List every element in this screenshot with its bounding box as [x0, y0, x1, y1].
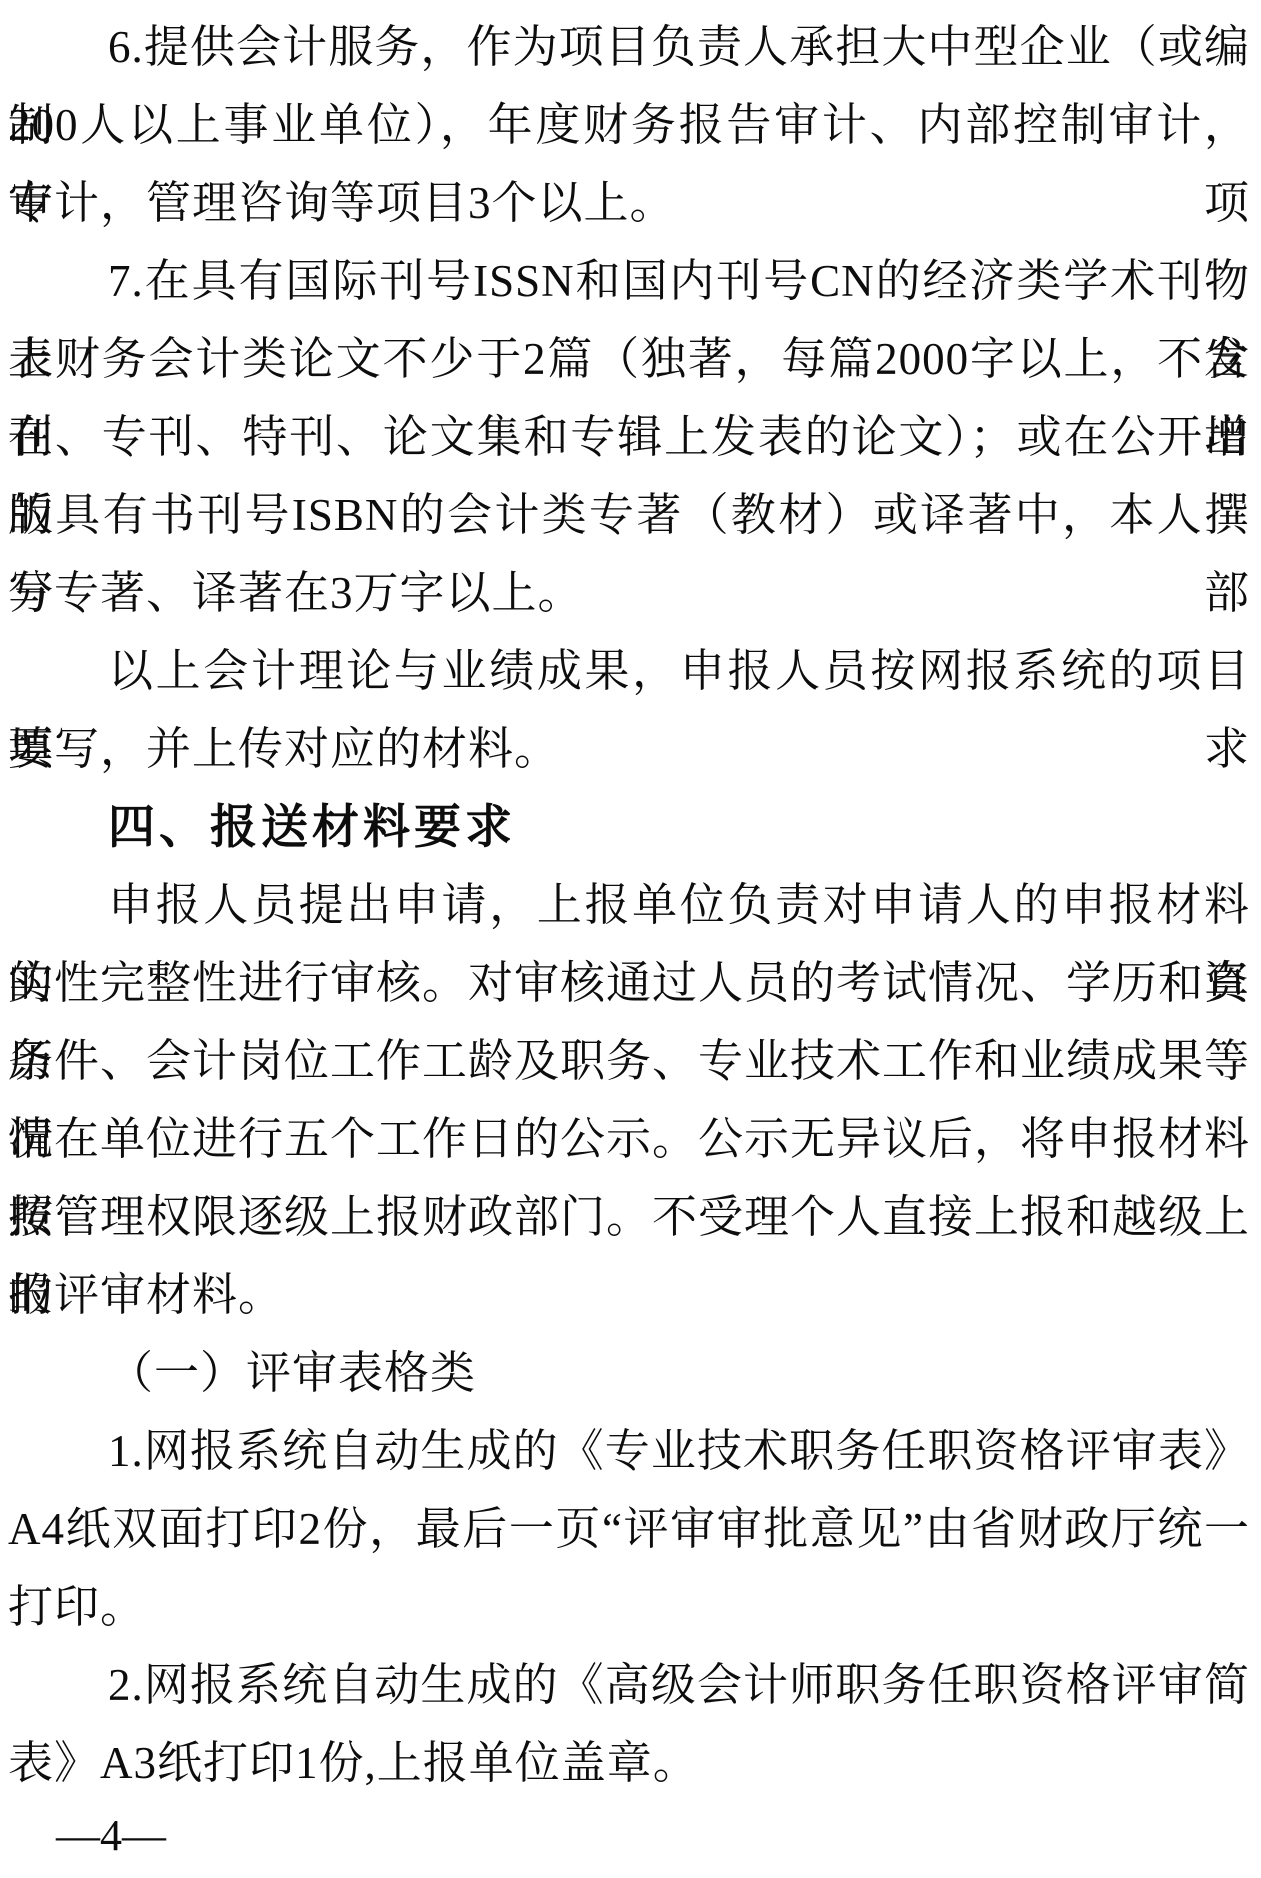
paragraph-line: 照管理权限逐级上报财政部门。不受理个人直接上报和越级上报 — [8, 1178, 1250, 1256]
paragraph-line: 刊、专刊、特刊、论文集和专辑上发表的论文）；或在公开出版 — [8, 398, 1250, 476]
paragraph-line: 7.在具有国际刊号ISSN和国内刊号CN的经济类学术刊物上发 — [8, 242, 1250, 320]
document-page: 6.提供会计服务，作为项目负责人承担大中型企业（或编制 200人以上事业单位），… — [0, 0, 1261, 1878]
paragraph-line: 200人以上事业单位），年度财务报告审计、内部控制审计，专项 — [8, 86, 1250, 164]
paragraph-line: 以上会计理论与业绩成果，申报人员按网报系统的项目要求 — [8, 632, 1250, 710]
subsection-heading: （一）评审表格类 — [8, 1334, 1250, 1412]
paragraph-line: 打印。 — [8, 1568, 1250, 1646]
paragraph-line: 实性完整性进行审核。对审核通过人员的考试情况、学历和资历 — [8, 944, 1250, 1022]
paragraph-line: 2.网报系统自动生成的《高级会计师职务任职资格评审简 — [8, 1646, 1250, 1724]
section-heading: 四、报送材料要求 — [8, 788, 1250, 866]
paragraph-line: 况在单位进行五个工作日的公示。公示无异议后，将申报材料按 — [8, 1100, 1250, 1178]
paragraph-line: 条件、会计岗位工作工龄及职务、专业技术工作和业绩成果等情 — [8, 1022, 1250, 1100]
paragraph-line: 表财务会计类论文不少于2篇（独著，每篇2000字以上，不含在增 — [8, 320, 1250, 398]
paragraph-line: 的评审材料。 — [8, 1256, 1250, 1334]
paragraph-line: 的具有书刊号ISBN的会计类专著（教材）或译著中，本人撰写部 — [8, 476, 1250, 554]
paragraph-line: 6.提供会计服务，作为项目负责人承担大中型企业（或编制 — [8, 8, 1250, 86]
paragraph-line: A4纸双面打印2份，最后一页“评审审批意见”由省财政厅统一 — [8, 1490, 1250, 1568]
paragraph-line: 表》A3纸打印1份,上报单位盖章。 — [8, 1724, 1250, 1802]
paragraph-line: 1.网报系统自动生成的《专业技术职务任职资格评审表》 — [8, 1412, 1250, 1490]
page-number: —4— — [56, 1806, 166, 1866]
document-body: 6.提供会计服务，作为项目负责人承担大中型企业（或编制 200人以上事业单位），… — [8, 8, 1250, 1802]
paragraph-line: 申报人员提出申请，上报单位负责对申请人的申报材料的真 — [8, 866, 1250, 944]
